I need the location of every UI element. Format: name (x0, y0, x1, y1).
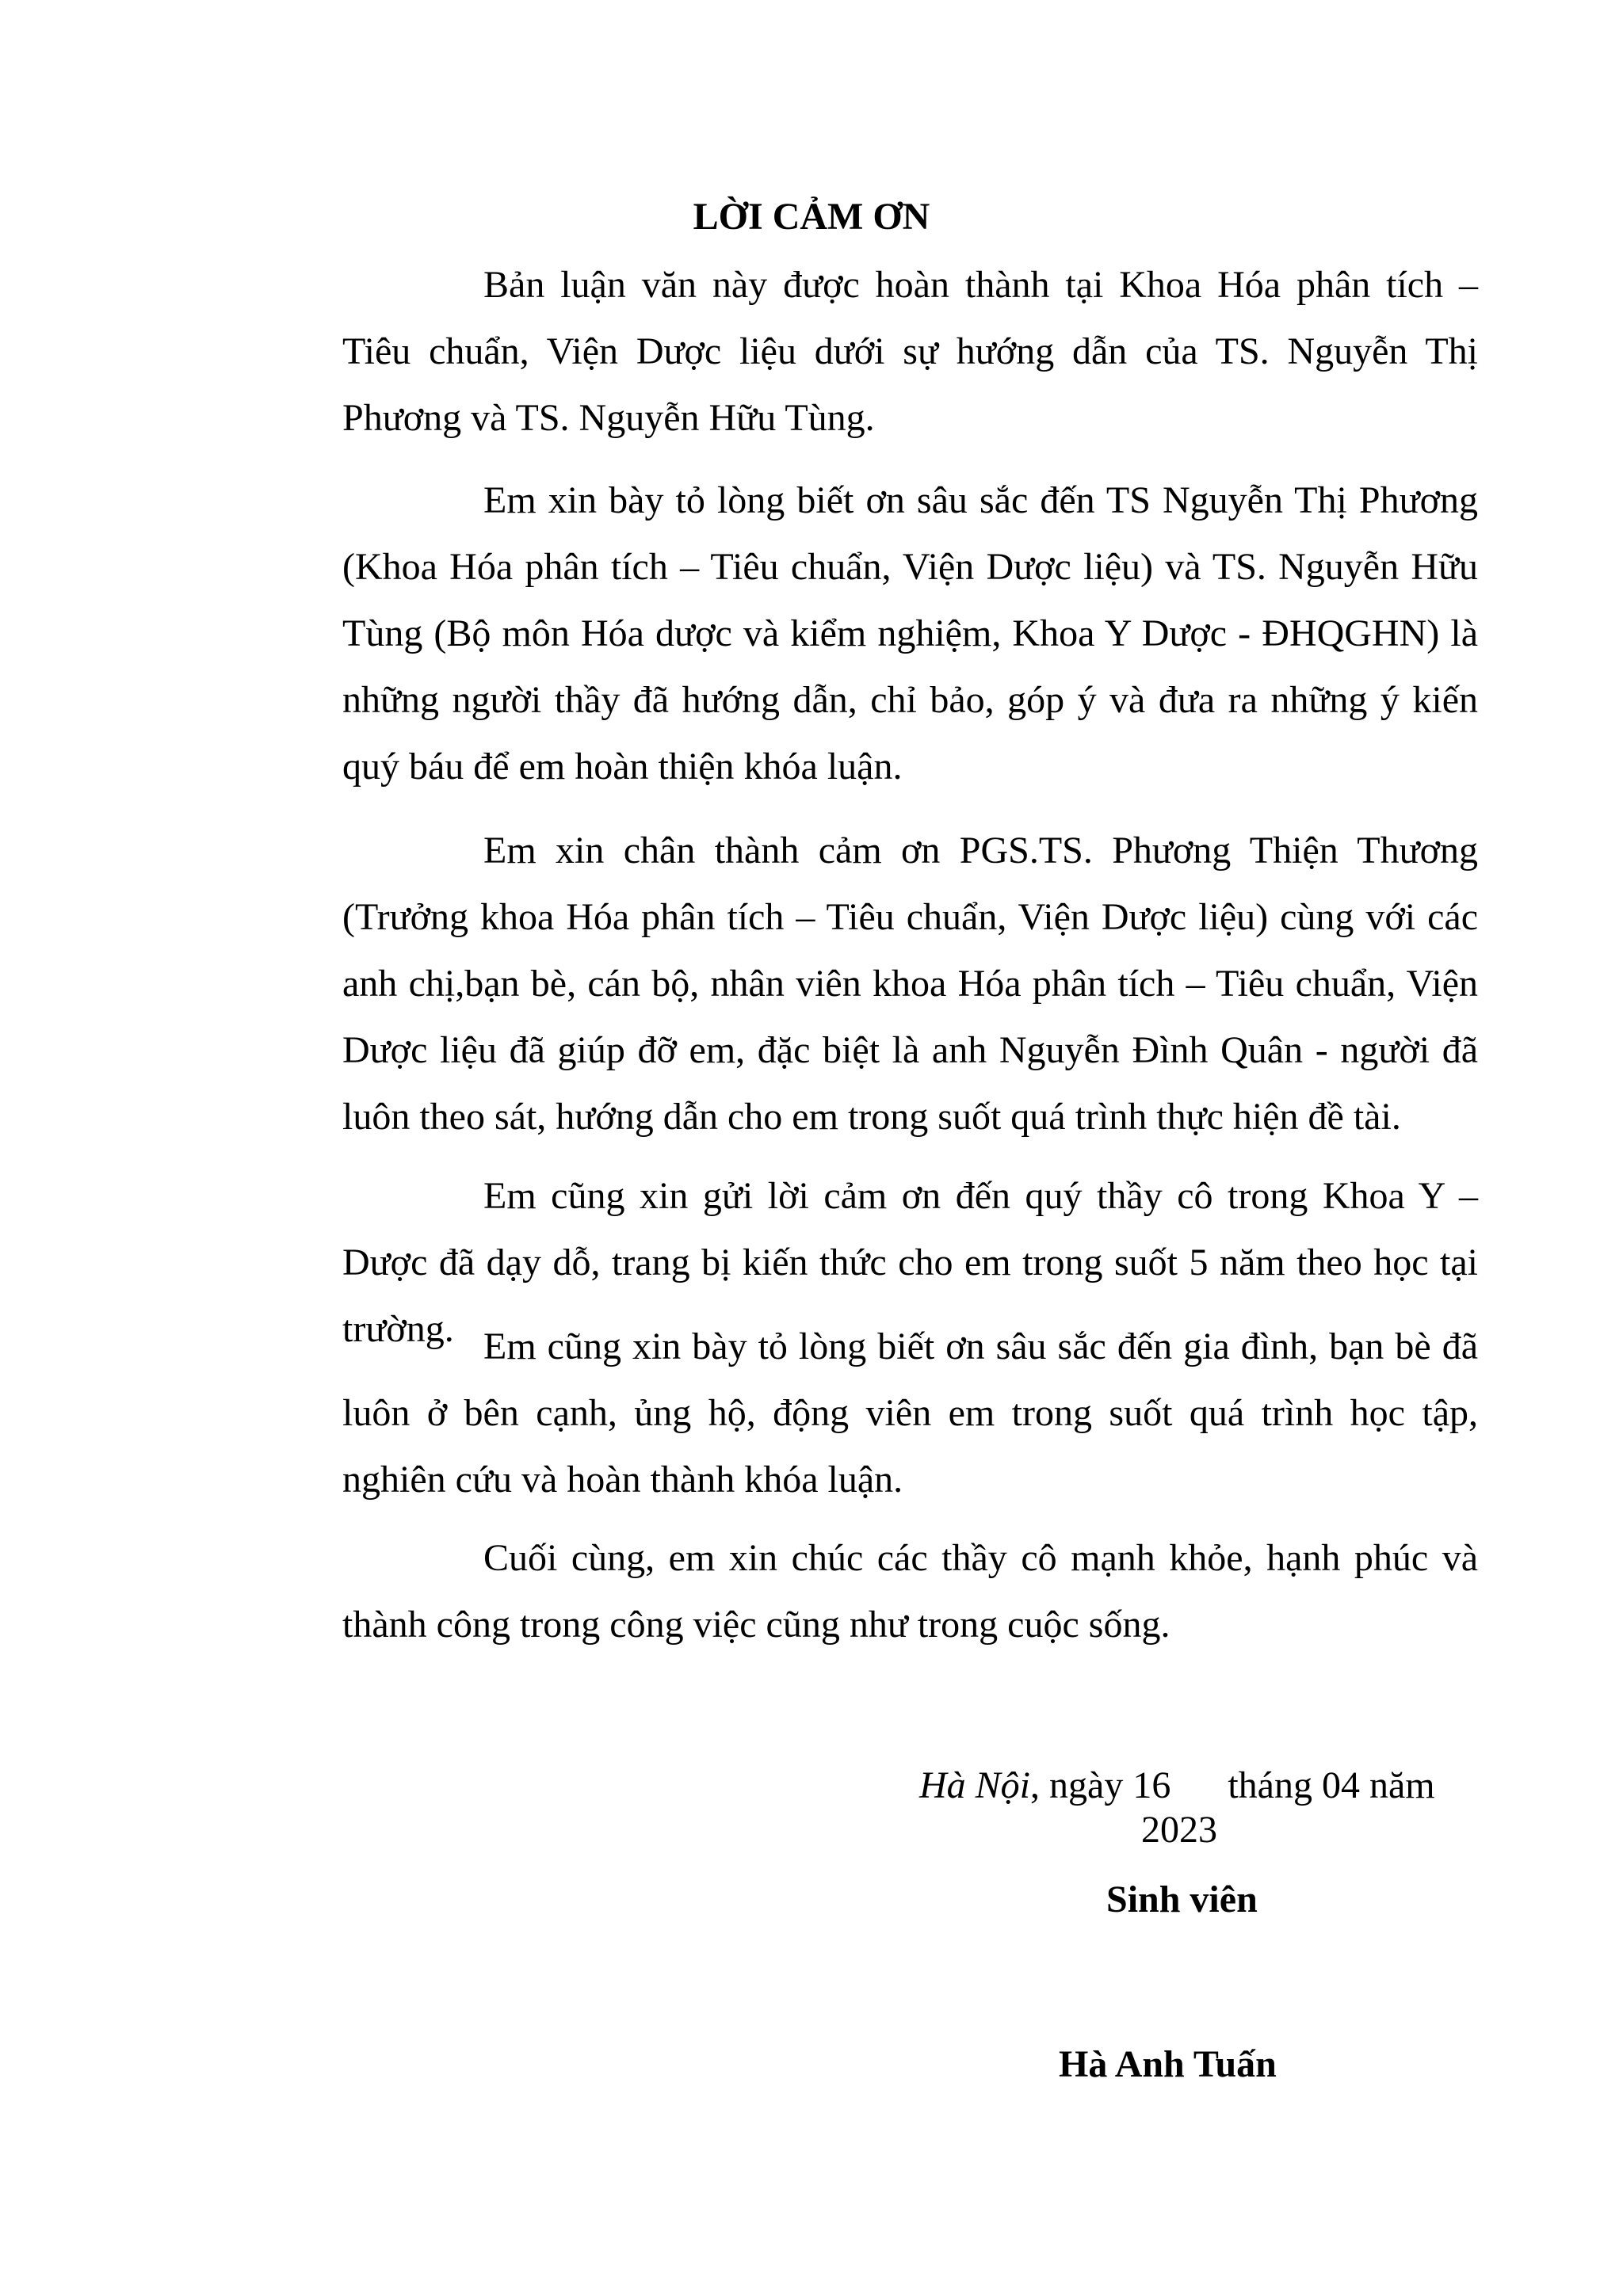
signature-year: 2023 (1141, 1808, 1217, 1852)
paragraph-thanks-supervisors: Em xin bày tỏ lòng biết ơn sâu sắc đến T… (342, 467, 1478, 800)
signature-date: Hà Nội, ngày 16 tháng 04 năm (919, 1764, 1435, 1808)
signature-role: Sinh viên (1106, 1878, 1258, 1922)
paragraph-thanks-department: Em xin chân thành cảm ơn PGS.TS. Phương … (342, 818, 1478, 1150)
signer-name: Hà Anh Tuấn (1059, 2042, 1277, 2087)
signature-date-text: , ngày 16 tháng 04 năm (1030, 1764, 1435, 1806)
page-title: LỜI CẢM ƠN (0, 193, 1623, 241)
signature-place: Hà Nội (919, 1764, 1030, 1806)
paragraph-supervision: Bản luận văn này được hoàn thành tại Kho… (342, 252, 1478, 452)
paragraph-closing-wishes: Cuối cùng, em xin chúc các thầy cô mạnh … (342, 1525, 1478, 1658)
paragraph-thanks-family: Em cũng xin bày tỏ lòng biết ơn sâu sắc … (342, 1314, 1478, 1513)
